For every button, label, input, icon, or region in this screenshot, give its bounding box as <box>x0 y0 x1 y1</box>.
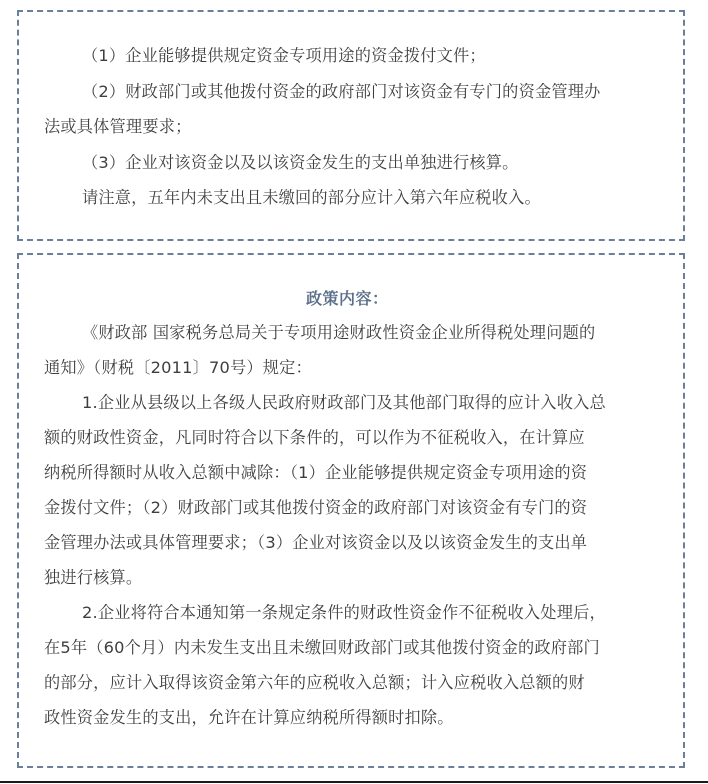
policy-paragraph-line: 的部分，应计入取得该资金第六年的应税收入总额；计入应税收入总额的财 <box>44 673 585 693</box>
bottom-divider <box>0 781 708 783</box>
policy-paragraph-line: 通知》（财税〔2011〕70号）规定： <box>44 358 312 378</box>
condition-2-text: （2）财政部门或其他拨付资金的政府部门对该资金有专门的资金管理办 <box>82 82 601 102</box>
policy-paragraph-line: 金拨付文件；（2）财政部门或其他拨付资金的政府部门对该资金有专门的资 <box>44 498 587 518</box>
policy-paragraph-line: 《财政部 国家税务总局关于专项用途财政性资金企业所得税处理问题的 <box>82 323 595 343</box>
notice-text: 请注意，五年内未支出且未缴回的部分应计入第六年应税收入。 <box>82 188 541 208</box>
policy-paragraph-line: 1.企业从县级以上各级人民政府财政部门及其他部门取得的应计入收入总 <box>82 393 606 413</box>
policy-content-heading: 政策内容： <box>306 289 389 309</box>
policy-paragraph-line: 在5年（60个月）内未发生支出且未缴回财政部门或其他拨付资金的政府部门 <box>44 638 600 658</box>
policy-paragraph-line: 额的财政性资金，凡同时符合以下条件的，可以作为不征税收入，在计算应 <box>44 428 585 448</box>
condition-1-text: （1）企业能够提供规定资金专项用途的资金拨付文件； <box>82 46 486 66</box>
policy-paragraph-line: 金管理办法或具体管理要求；（3）企业对该资金以及以该资金发生的支出单 <box>44 533 587 553</box>
policy-paragraph-line: 政性资金发生的支出，允许在计算应纳税所得额时扣除。 <box>44 708 454 728</box>
policy-paragraph-line: 2.企业将符合本通知第一条规定条件的财政性资金作不征税收入处理后， <box>82 603 606 623</box>
condition-3-text: （3）企业对该资金以及以该资金发生的支出单独进行核算。 <box>82 153 519 173</box>
policy-paragraph-line: 纳税所得额时从收入总额中减除：（1）企业能够提供规定资金专项用途的资 <box>44 463 587 483</box>
policy-paragraph-line: 独进行核算。 <box>44 568 142 588</box>
condition-2-continuation-text: 法或具体管理要求； <box>44 117 192 137</box>
